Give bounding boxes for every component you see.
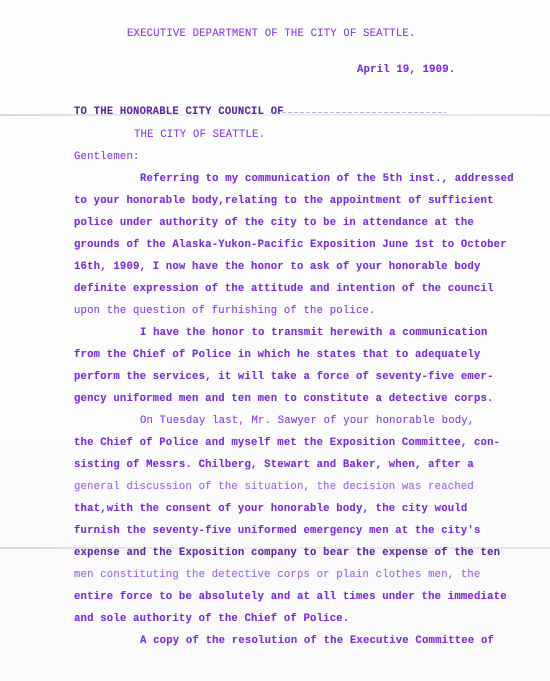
letter-date: April 19, 1909. bbox=[357, 64, 455, 77]
paragraph-3-line: the Chief of Police and myself met the E… bbox=[74, 437, 500, 450]
paragraph-2-line: I have the honor to transmit herewith a … bbox=[140, 327, 488, 340]
paragraph-3-line: men constituting the detective corps or … bbox=[74, 569, 481, 582]
paragraph-1-line: upon the question of furhishing of the p… bbox=[74, 305, 376, 318]
paragraph-3-line: that,with the consent of your honorable … bbox=[74, 503, 467, 516]
paragraph-1-line: Referring to my communication of the 5th… bbox=[140, 173, 514, 186]
paragraph-3-line: On Tuesday last, Mr. Sawyer of your hono… bbox=[140, 415, 474, 428]
addressee-line-2: THE CITY OF SEATTLE. bbox=[134, 129, 265, 142]
paragraph-3-line: expense and the Exposition company to be… bbox=[74, 547, 500, 560]
paragraph-1-line: definite expression of the attitude and … bbox=[74, 283, 494, 296]
paragraph-1-line: police under authority of the city to be… bbox=[74, 217, 474, 230]
letter-page: EXECUTIVE DEPARTMENT OF THE CITY OF SEAT… bbox=[0, 0, 550, 681]
paragraph-3-line: general discussion of the situation, the… bbox=[74, 481, 474, 494]
paragraph-3-line: furnish the seventy-five uniformed emerg… bbox=[74, 525, 481, 538]
paragraph-3-line: and sole authority of the Chief of Polic… bbox=[74, 613, 349, 626]
paragraph-1-line: grounds of the Alaska-Yukon-Pacific Expo… bbox=[74, 239, 507, 252]
addressee-line-1: TO THE HONORABLE CITY COUNCIL OF bbox=[74, 106, 284, 119]
paragraph-1-line: 16th, 1909, I now have the honor to ask … bbox=[74, 261, 481, 274]
paragraph-2-line: gency uniformed men and ten men to const… bbox=[74, 393, 494, 406]
paragraph-3-line: sisting of Messrs. Chilberg, Stewart and… bbox=[74, 459, 474, 472]
typewriter-smudge bbox=[270, 112, 446, 113]
salutation: Gentlemen: bbox=[74, 151, 140, 164]
paragraph-2-line: from the Chief of Police in which he sta… bbox=[74, 349, 481, 362]
letterhead: EXECUTIVE DEPARTMENT OF THE CITY OF SEAT… bbox=[127, 28, 416, 41]
paragraph-3-line: entire force to be absolutely and at all… bbox=[74, 591, 507, 604]
paragraph-4-line: A copy of the resolution of the Executiv… bbox=[140, 635, 494, 648]
paragraph-1-line: to your honorable body,relating to the a… bbox=[74, 195, 494, 208]
paragraph-2-line: perform the services, it will take a for… bbox=[74, 371, 494, 384]
